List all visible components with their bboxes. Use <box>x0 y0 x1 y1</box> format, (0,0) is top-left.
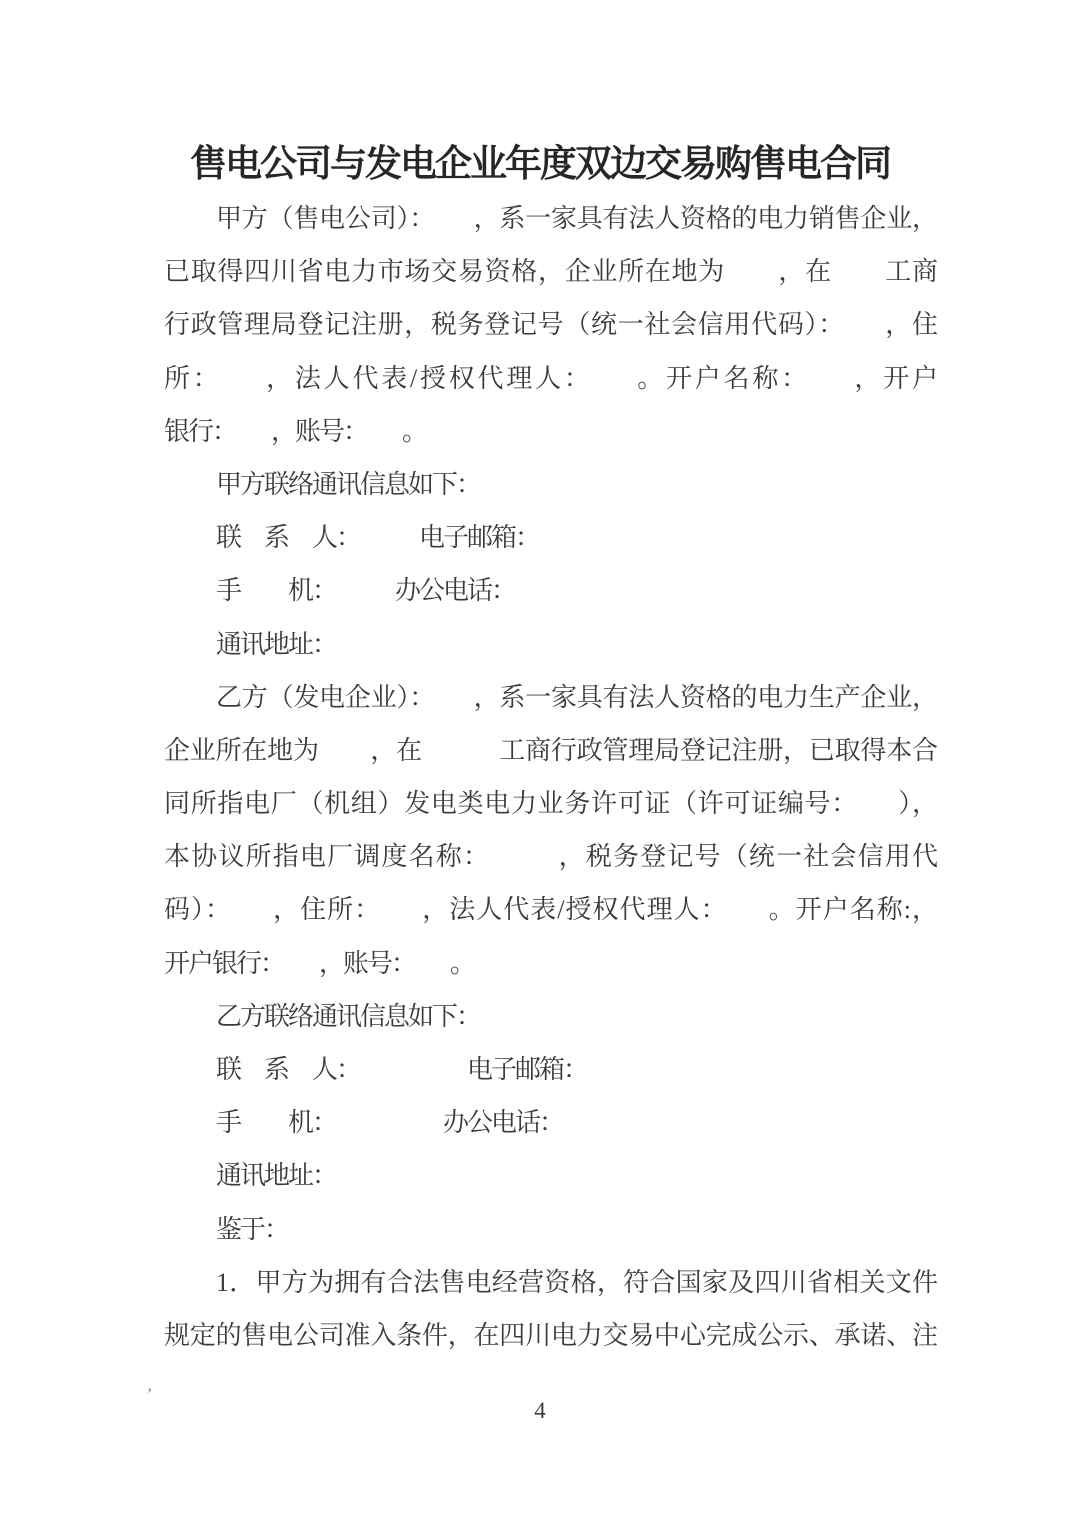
body-line: 规定的售电公司准入条件，在四川电力交易中心完成公示、承诺、注 <box>164 1309 936 1362</box>
body-line: 所： ，法人代表/授权代理人： 。开户名称： ，开户 <box>164 352 936 405</box>
body-line: 甲方联络通讯信息如下： <box>164 458 936 511</box>
body-line: 本协议所指电厂调度名称： ，税务登记号（统一社会信用代 <box>164 830 936 883</box>
body-line: 码）： ，住所： ，法人代表/授权代理人： 。开户名称:， <box>164 883 936 936</box>
body-line: 乙方（发电企业）： ，系一家具有法人资格的电力生产企业， <box>164 671 936 724</box>
body-line: 鉴于： <box>164 1203 936 1256</box>
body-line: 1．甲方为拥有合法售电经营资格，符合国家及四川省相关文件 <box>164 1256 936 1309</box>
body-line: 已取得四川省电力市场交易资格，企业所在地为 ，在 工商 <box>164 245 936 298</box>
body-line: 手 机： 办公电话： <box>164 1096 936 1149</box>
body-line: 联 系 人： 电子邮箱： <box>164 511 936 564</box>
contract-body: 甲方（售电公司）： ，系一家具有法人资格的电力销售企业， 已取得四川省电力市场交… <box>164 192 936 1362</box>
body-line: 通讯地址： <box>164 1149 936 1202</box>
body-line: 乙方联络通讯信息如下： <box>164 990 936 1043</box>
body-line: 手 机： 办公电话： <box>164 564 936 617</box>
body-line: 同所指电厂（机组）发电类电力业务许可证（许可证编号： ）， <box>164 777 936 830</box>
body-line: 开户银行： ，账号： 。 <box>164 937 936 990</box>
body-line: 甲方（售电公司）： ，系一家具有法人资格的电力销售企业， <box>164 192 936 245</box>
body-line: 行政管理局登记注册，税务登记号（统一社会信用代码）： ，住 <box>164 298 936 351</box>
body-line: 联 系 人： 电子邮箱： <box>164 1043 936 1096</box>
page-number: 4 <box>0 1398 1080 1424</box>
body-line: 通讯地址： <box>164 618 936 671</box>
contract-page: 售电公司与发电企业年度双边交易购售电合同 甲方（售电公司）： ，系一家具有法人资… <box>0 0 1080 1527</box>
body-line: 银行： ，账号： 。 <box>164 405 936 458</box>
contract-title: 售电公司与发电企业年度双边交易购售电合同 <box>0 133 1080 187</box>
body-line: 企业所在地为 ，在 工商行政管理局登记注册，已取得本合 <box>164 724 936 777</box>
